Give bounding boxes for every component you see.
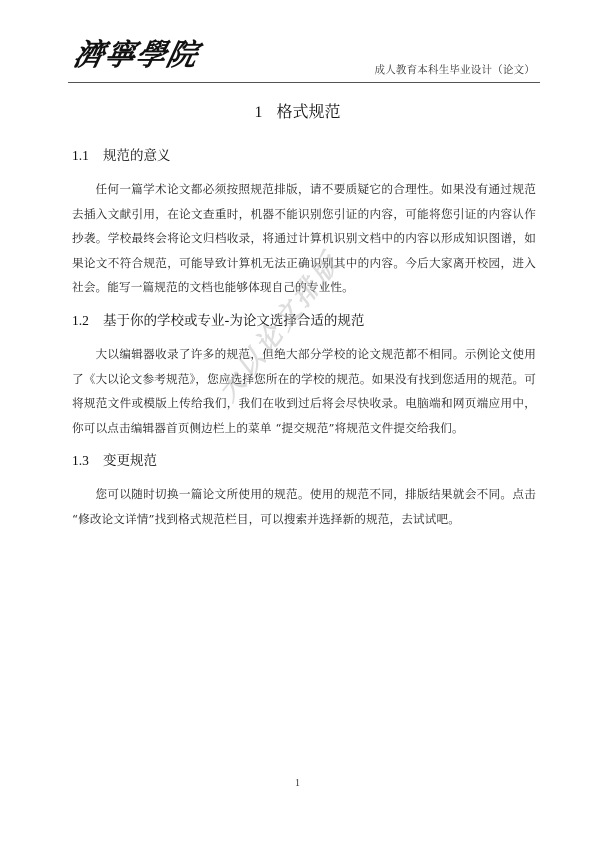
header-divider — [68, 82, 540, 83]
paragraph-line: 任何一篇学术论文都必须按照规范排版，请不要质疑它的合理性。如果没有通过规范 — [72, 177, 536, 202]
chapter-number: 1 — [254, 104, 262, 121]
chapter-title-text: 格式规范 — [276, 102, 340, 121]
page-number: 1 — [0, 778, 595, 789]
paragraph-line: 社会。能写一篇规范的文档也能够体现自己的专业性。 — [72, 275, 536, 300]
school-logo-calligraphy: 濟寧學院 — [70, 38, 202, 74]
paragraph-line: 大以编辑器收录了许多的规范，但绝大部分学校的论文规范都不相同。示例论文使用 — [72, 342, 536, 367]
paragraph-line: 果论文不符合规范，可能导致计算机无法正确识别其中的内容。今后大家离开校园，进入 — [72, 251, 536, 276]
paragraph-1-3: 您可以随时切换一篇论文所使用的规范。使用的规范不同，排版结果就会不同。点击 “修… — [72, 482, 536, 531]
paragraph-1-1: 任何一篇学术论文都必须按照规范排版，请不要质疑它的合理性。如果没有通过规范 去插… — [72, 177, 536, 300]
paragraph-line: 了《大以论文参考规范》，您应选择您所在的学校的规范。如果没有找到您适用的规范。可 — [72, 367, 536, 392]
section-title: 变更规范 — [103, 453, 157, 469]
paragraph-1-2: 大以编辑器收录了许多的规范，但绝大部分学校的论文规范都不相同。示例论文使用 了《… — [72, 342, 536, 440]
header-document-type: 成人教育本科生毕业设计（论文） — [375, 63, 536, 77]
section-title: 规范的意义 — [103, 148, 171, 164]
section-title: 基于你的学校或专业-为论文选择合适的规范 — [103, 313, 364, 329]
section-number: 1.1 — [72, 147, 103, 165]
paragraph-line: 抄袭。学校最终会将论文归档收录，将通过计算机识别文档中的内容以形成知识图谱，如 — [72, 226, 536, 251]
section-heading-1-3: 1.3变更规范 — [72, 452, 157, 470]
paragraph-line: 去插入文献引用，在论文查重时，机器不能识别您引证的内容，可能将您引证的内容认作 — [72, 202, 536, 227]
paragraph-line: 将规范文件或模版上传给我们，我们在收到过后将会尽快收录。电脑端和网页端应用中， — [72, 391, 536, 416]
paragraph-line: 你可以点击编辑器首页侧边栏上的菜单 “提交规范”将规范文件提交给我们。 — [72, 416, 536, 441]
chapter-title: 1格式规范 — [0, 101, 595, 124]
section-number: 1.2 — [72, 312, 103, 330]
section-heading-1-1: 1.1规范的意义 — [72, 147, 171, 165]
section-heading-1-2: 1.2基于你的学校或专业-为论文选择合适的规范 — [72, 312, 364, 330]
paragraph-line: 您可以随时切换一篇论文所使用的规范。使用的规范不同，排版结果就会不同。点击 — [72, 482, 536, 507]
paragraph-line: “修改论文详情”找到格式规范栏目，可以搜索并选择新的规范，去试试吧。 — [72, 507, 536, 532]
document-page: 濟寧學院 成人教育本科生毕业设计（论文） 1格式规范 1.1规范的意义 任何一篇… — [0, 0, 595, 842]
section-number: 1.3 — [72, 452, 103, 470]
